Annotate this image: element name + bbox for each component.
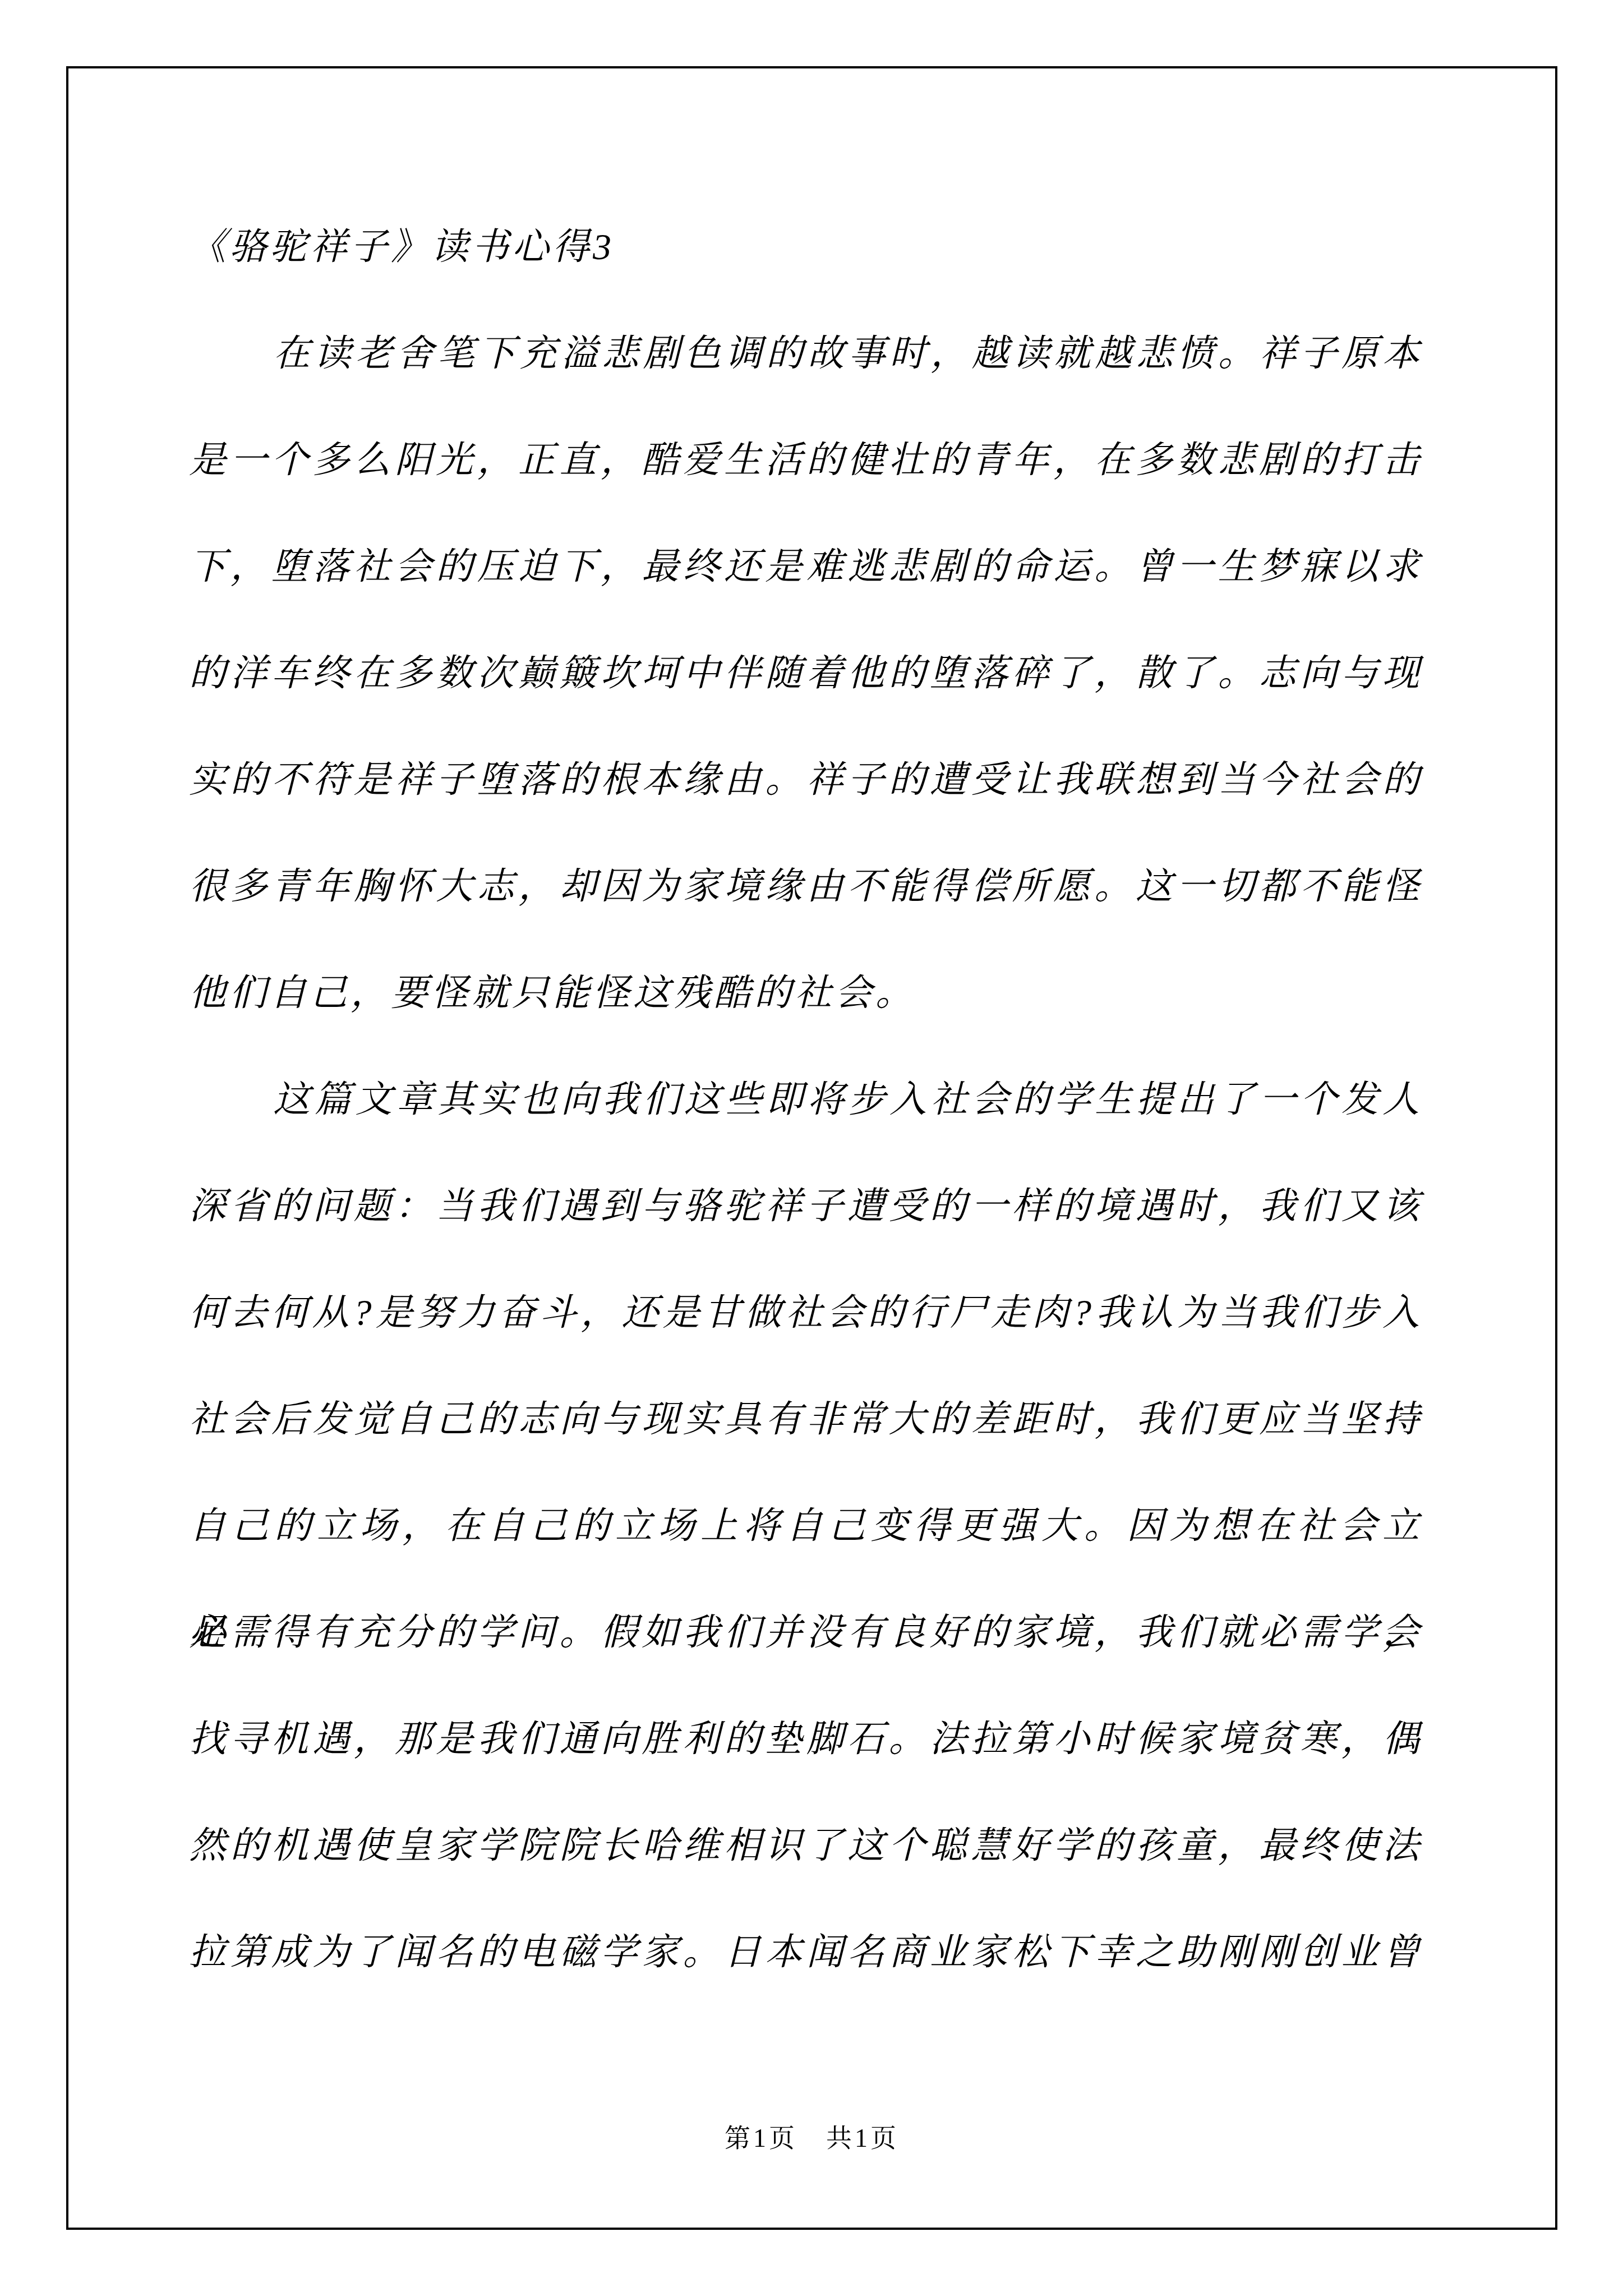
document-body: 在读老舍笔下充溢悲剧色调的故事时，越读就越悲愤。祥子原本是一个多么阳光，正直，酷… [189, 301, 1423, 2006]
document-page: 《骆驼祥子》读书心得3 在读老舍笔下充溢悲剧色调的故事时，越读就越悲愤。祥子原本… [0, 0, 1623, 2296]
paragraph-2-line-1: 这篇文章其实也向我们这些即将步入社会的学生提出了一个发人 [189, 1047, 1423, 1153]
paragraph-2-line-5: 自己的立场，在自己的立场上将自己变得更强大。因为想在社会立足， [189, 1473, 1423, 1580]
paragraph-2-line-9: 拉第成为了闻名的电磁学家。日本闻名商业家松下幸之助刚刚创业曾 [189, 1899, 1423, 2006]
paragraph-2-line-6: 必需得有充分的学问。假如我们并没有良好的家境，我们就必需学会 [189, 1580, 1423, 1686]
paragraph-2-line-2: 深省的问题：当我们遇到与骆驼祥子遭受的一样的境遇时，我们又该 [189, 1153, 1423, 1260]
paragraph-2-line-8: 然的机遇使皇家学院院长哈维相识了这个聪慧好学的孩童，最终使法 [189, 1793, 1423, 1899]
paragraph-1-line-3: 下，堕落社会的压迫下，最终还是难逃悲剧的命运。曾一生梦寐以求 [189, 514, 1423, 620]
paragraph-1-line-7: 他们自己，要怪就只能怪这残酷的社会。 [189, 940, 1423, 1047]
page-footer: 第1页 共1页 [66, 2122, 1557, 2155]
paragraph-1-line-6: 很多青年胸怀大志，却因为家境缘由不能得偿所愿。这一切都不能怪 [189, 834, 1423, 940]
paragraph-1-line-5: 实的不符是祥子堕落的根本缘由。祥子的遭受让我联想到当今社会的 [189, 727, 1423, 834]
paragraph-1-line-4: 的洋车终在多数次巅簸坎坷中伴随着他的堕落碎了，散了。志向与现 [189, 620, 1423, 727]
document-title: 《骆驼祥子》读书心得3 [189, 194, 1423, 301]
paragraph-1-line-2: 是一个多么阳光，正直，酷爱生活的健壮的青年，在多数悲剧的打击 [189, 407, 1423, 514]
paragraph-2-line-4: 社会后发觉自己的志向与现实具有非常大的差距时，我们更应当坚持 [189, 1366, 1423, 1473]
paragraph-1-line-1: 在读老舍笔下充溢悲剧色调的故事时，越读就越悲愤。祥子原本 [189, 301, 1423, 407]
document-content: 《骆驼祥子》读书心得3 在读老舍笔下充溢悲剧色调的故事时，越读就越悲愤。祥子原本… [189, 194, 1423, 2006]
paragraph-2-line-7: 找寻机遇，那是我们通向胜利的垫脚石。法拉第小时候家境贫寒，偶 [189, 1686, 1423, 1793]
paragraph-2-line-3: 何去何从?是努力奋斗，还是甘做社会的行尸走肉?我认为当我们步入 [189, 1260, 1423, 1366]
